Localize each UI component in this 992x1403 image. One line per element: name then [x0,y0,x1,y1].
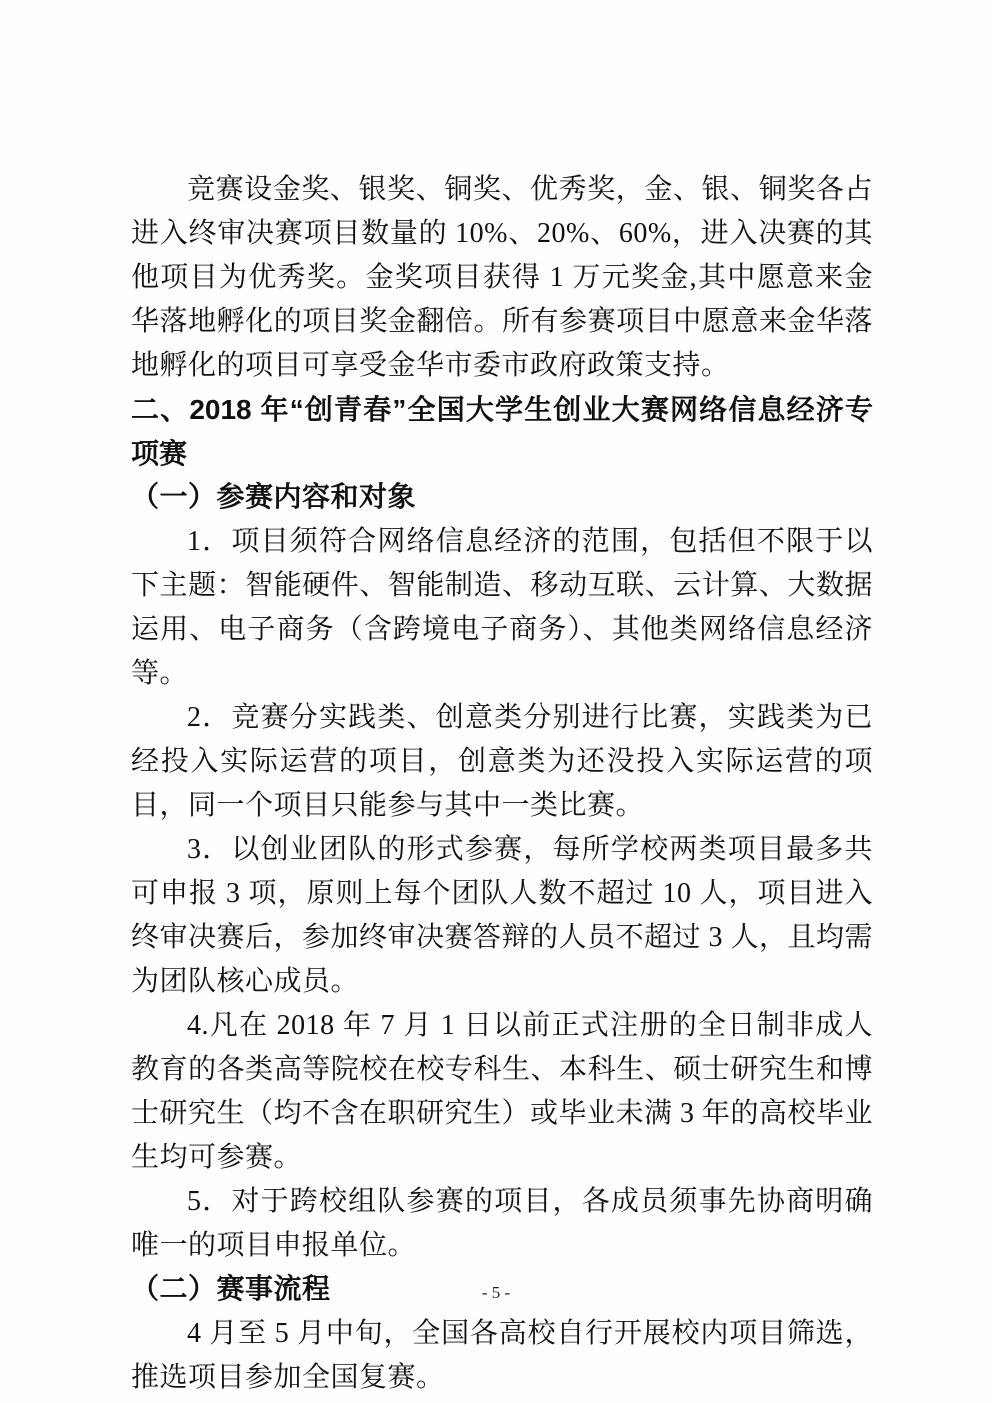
list-item-1: 1．项目须符合网络信息经济的范围，包括但不限于以下主题：智能硬件、智能制造、移动… [131,520,873,696]
list-item-2: 2．竞赛分实践类、创意类分别进行比赛，实践类为已经投入实际运营的项目，创意类为还… [131,696,873,828]
list-item-3: 3．以创业团队的形式参赛，每所学校两类项目最多共可申报 3 项，原则上每个团队人… [131,828,873,1004]
list-item-4: 4.凡在 2018 年 7 月 1 日以前正式注册的全日制非成人教育的各类高等院… [131,1004,873,1180]
page-number: - 5 - [0,1283,992,1303]
list-item-5: 5．对于跨校组队参赛的项目，各成员须事先协商明确唯一的项目申报单位。 [131,1180,873,1268]
subsection-heading-content-and-targets: （一）参赛内容和对象 [131,476,873,520]
paragraph-awards: 竞赛设金奖、银奖、铜奖、优秀奖，金、银、铜奖各占进入终审决赛项目数量的 10%、… [131,168,873,388]
section-heading-2: 二、2018 年“创青春”全国大学生创业大赛网络信息经济专项赛 [131,388,873,476]
document-body: 竞赛设金奖、银奖、铜奖、优秀奖，金、银、铜奖各占进入终审决赛项目数量的 10%、… [131,168,873,1400]
paragraph-schedule: 4 月至 5 月中旬，全国各高校自行开展校内项目筛选，推选项目参加全国复赛。 [131,1312,873,1400]
document-page: 竞赛设金奖、银奖、铜奖、优秀奖，金、银、铜奖各占进入终审决赛项目数量的 10%、… [0,0,992,1403]
